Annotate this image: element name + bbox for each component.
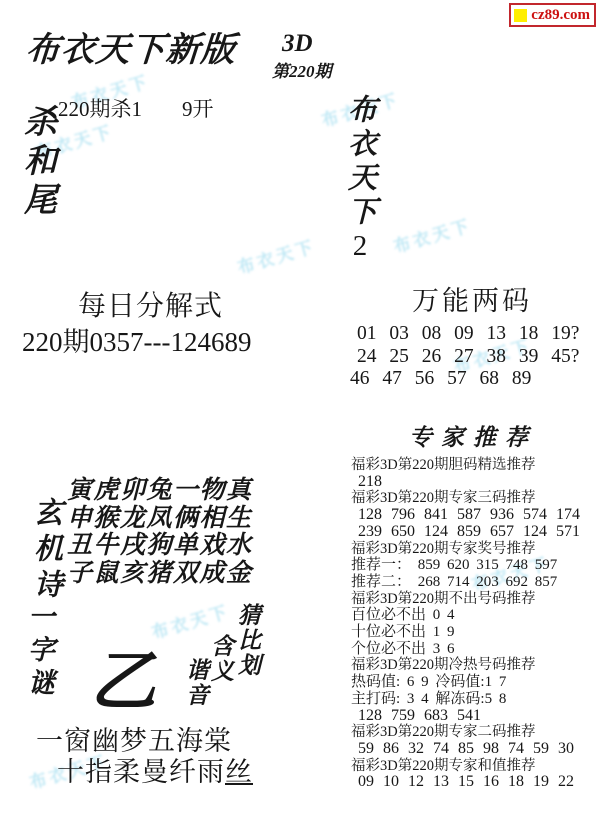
poem-line: 寅虎卯兔一物真 bbox=[67, 477, 253, 505]
riddle-hint-homophone: 谐音 bbox=[179, 658, 212, 708]
yellow-square-icon bbox=[514, 9, 527, 22]
expert-line: 热码值: 6 9 冷码值:1 7 bbox=[348, 674, 598, 691]
expert-line: 福彩3D第220期专家奖号推荐 bbox=[348, 541, 598, 558]
two-codes-row: 46 47 56 57 68 89 bbox=[348, 368, 596, 391]
expert-line: 128 796 841 587 936 574 174 bbox=[348, 507, 598, 524]
poem-line-underlined-char: 丝 bbox=[225, 757, 253, 787]
mystery-poem-label: 玄机诗 bbox=[26, 497, 67, 605]
bottom-poem: 一窗幽梦五海棠 十指柔曼纤雨丝 bbox=[36, 726, 253, 787]
series-number: 2 bbox=[344, 230, 376, 267]
two-codes-row: 24 25 26 27 38 39 45? bbox=[348, 346, 596, 369]
edition-label: 3D bbox=[282, 30, 313, 58]
expert-line: 09 10 12 13 15 16 18 19 22 bbox=[348, 774, 598, 791]
expert-line: 十位必不出 1 9 bbox=[348, 624, 598, 641]
kill-result-line: 220期杀19开 bbox=[58, 93, 214, 123]
expert-title: 专家推荐 bbox=[348, 419, 598, 452]
expert-lines: 福彩3D第220期胆码精选推荐218福彩3D第220期专家三码推荐128 796… bbox=[348, 457, 598, 791]
kill-sum-tail-label: 杀和尾 bbox=[14, 104, 61, 221]
open-result: 9开 bbox=[182, 97, 214, 121]
site-logo-badge[interactable]: cz89.com bbox=[509, 3, 596, 27]
poem-line: 子鼠亥猪双成金 bbox=[67, 560, 253, 588]
expert-line: 218 bbox=[348, 474, 598, 491]
background-watermark: 布衣天下 bbox=[234, 232, 318, 278]
series-banner: 布衣天下2 bbox=[340, 94, 381, 267]
lottery-tip-sheet: 布衣天下 布衣天下 布衣天下 布衣天下 布衣天下 布衣天下 布衣天下 布衣天下 … bbox=[0, 0, 600, 824]
expert-line: 福彩3D第220期专家三码推荐 bbox=[348, 490, 598, 507]
expert-line: 福彩3D第220期专家二码推荐 bbox=[348, 724, 598, 741]
expert-line: 福彩3D第220期专家和值推荐 bbox=[348, 758, 598, 775]
daily-formula-value: 220期0357---124689 bbox=[22, 320, 251, 359]
expert-line: 239 650 124 859 657 124 571 bbox=[348, 524, 598, 541]
two-codes-row: 01 03 08 09 13 18 19? bbox=[348, 323, 596, 346]
two-codes-title: 万能两码 bbox=[348, 279, 596, 318]
expert-line: 推荐一： 859 620 315 748 597 bbox=[348, 557, 598, 574]
background-watermark: 布衣天下 bbox=[390, 211, 474, 257]
expert-line: 128 759 683 541 bbox=[348, 708, 598, 725]
kill-text: 220期杀1 bbox=[58, 97, 142, 121]
site-domain: cz89.com bbox=[531, 8, 590, 23]
expert-line: 福彩3D第220期冷热号码推荐 bbox=[348, 657, 598, 674]
expert-line: 推荐二： 268 714 203 692 857 bbox=[348, 574, 598, 591]
expert-line: 个位必不出 3 6 bbox=[348, 641, 598, 658]
poem-line: 一窗幽梦五海棠 bbox=[36, 726, 253, 757]
expert-line: 福彩3D第220期胆码精选推荐 bbox=[348, 457, 598, 474]
expert-line: 主打码: 3 4 解冻码:5 8 bbox=[348, 691, 598, 708]
expert-line: 百位必不出 0 4 bbox=[348, 607, 598, 624]
two-codes-grid: 01 03 08 09 13 18 19? 24 25 26 27 38 39 … bbox=[348, 323, 596, 391]
poem-line-text: 十指柔曼纤雨 bbox=[57, 757, 225, 787]
daily-formula-title: 每日分解式 bbox=[78, 284, 223, 324]
expert-recommendation-section: 专家推荐 福彩3D第220期胆码精选推荐218福彩3D第220期专家三码推荐12… bbox=[348, 419, 598, 791]
char-riddle-label: 一字谜 bbox=[20, 602, 59, 701]
issue-number: 第220期 bbox=[272, 57, 332, 82]
poem-line: 丑牛戌狗单戏水 bbox=[67, 532, 253, 560]
poem-line: 申猴龙凤俩相生 bbox=[67, 505, 253, 533]
mystery-poem: 寅虎卯兔一物真 申猴龙凤俩相生 丑牛戌狗单戏水 子鼠亥猪双成金 bbox=[67, 477, 253, 587]
poem-line: 十指柔曼纤雨丝 bbox=[36, 757, 253, 788]
riddle-character: 乙 bbox=[90, 628, 156, 723]
universal-two-codes-section: 万能两码 01 03 08 09 13 18 19? 24 25 26 27 3… bbox=[348, 279, 596, 391]
page-title: 布衣天下新版 bbox=[24, 22, 237, 71]
series-name: 布衣天下 bbox=[344, 94, 376, 230]
expert-line: 福彩3D第220期不出号码推荐 bbox=[348, 591, 598, 608]
expert-line: 59 86 32 74 85 98 74 59 30 bbox=[348, 741, 598, 758]
